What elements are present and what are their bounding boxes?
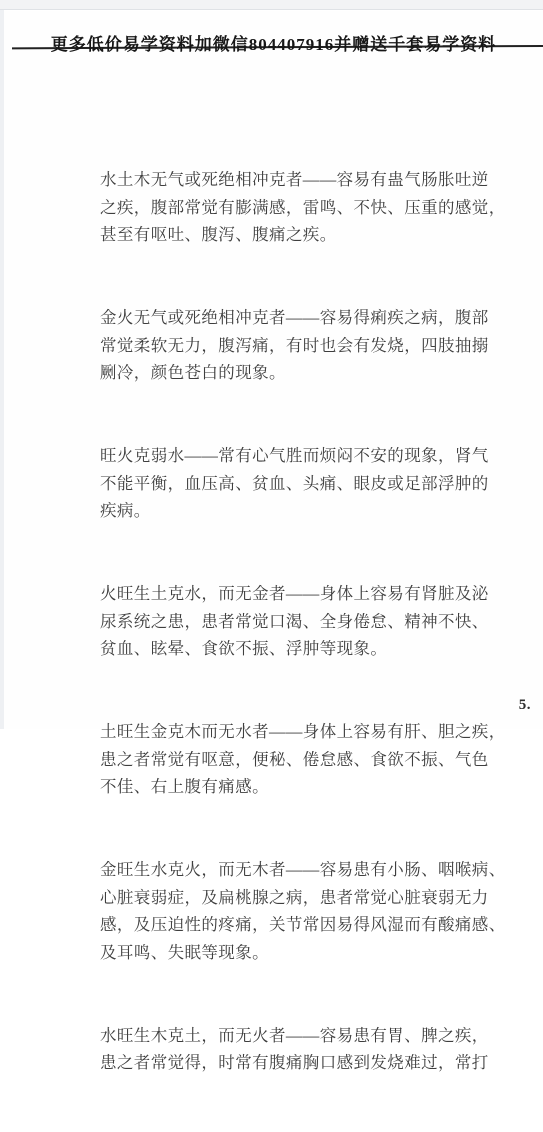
page-number: 5. bbox=[519, 697, 531, 714]
viewer-top-strip bbox=[0, 0, 543, 10]
document-body: 水土木无气或死绝相冲克者——容易有蛊气肠胀吐逆 之疾，腹部常觉有膨满感，雷鸣、不… bbox=[100, 111, 490, 729]
body-paragraph: 旺火克弱水——常有心气胜而烦闷不安的现象，肾气 不能平衡，血压高、贫血、头痛、眼… bbox=[100, 442, 490, 525]
watermark-header: 更多低价易学资料加微信804407916并赠送千套易学资料 bbox=[4, 28, 543, 62]
scanned-document-page: 更多低价易学资料加微信804407916并赠送千套易学资料 水土木无气或死绝相冲… bbox=[4, 11, 543, 729]
watermark-header-text: 更多低价易学资料加微信804407916并赠送千套易学资料 bbox=[4, 30, 543, 55]
body-paragraph: 水土木无气或死绝相冲克者——容易有蛊气肠胀吐逆 之疾，腹部常觉有膨满感，雷鸣、不… bbox=[100, 166, 490, 249]
body-paragraph: 金火无气或死绝相冲克者——容易得痢疾之病，腹部 常觉柔软无力，腹泻痛，有时也会有… bbox=[100, 304, 490, 387]
body-paragraph: 土旺生金克木而无水者——身体上容易有肝、胆之疾， 患之者常觉有呕意，便秘、倦怠感… bbox=[100, 718, 490, 729]
body-paragraph: 火旺生土克水，而无金者——身体上容易有肾脏及泌 尿系统之患，患者常觉口渴、全身倦… bbox=[100, 580, 490, 663]
